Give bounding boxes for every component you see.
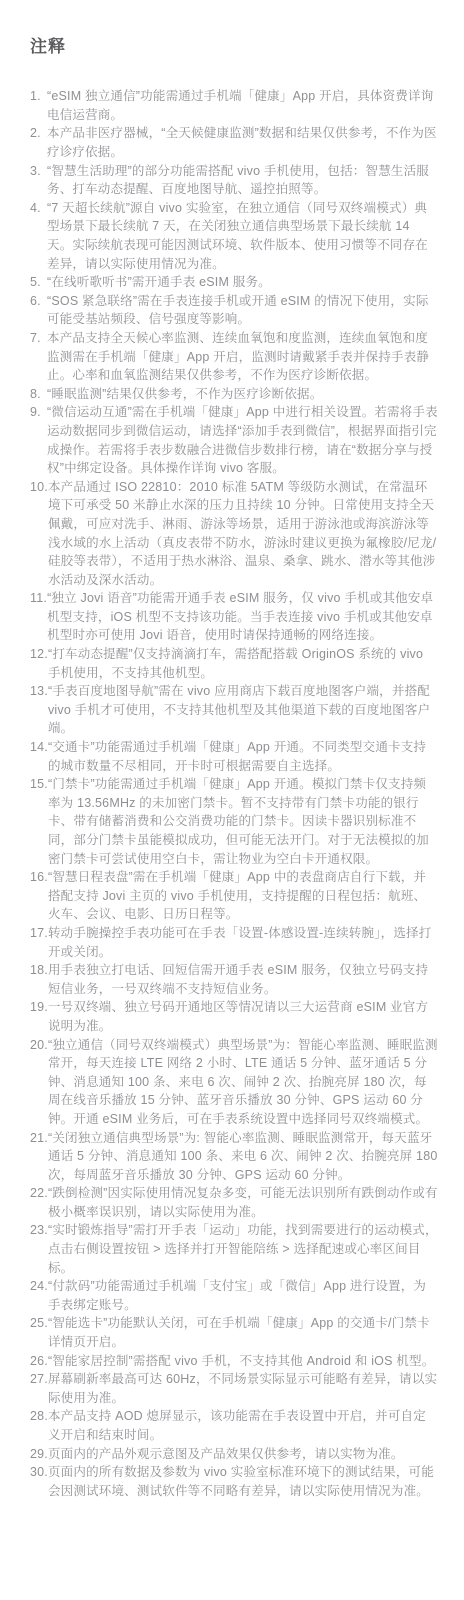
note-item: 24.“付款码”功能需通过手机端「支付宝」或「微信」App 进行设置，为手表绑定… [30, 1277, 438, 1314]
note-number: 17. [30, 924, 48, 943]
note-number: 12. [30, 645, 48, 664]
note-number: 19. [30, 998, 48, 1017]
note-item: 22.“跌倒检测”因实际使用情况复杂多变，可能无法识别所有跌倒动作或有极小概率误… [30, 1184, 438, 1221]
note-item: 17.转动手腕操控手表功能可在手表「设置-体感设置-连续转腕」，选择打开或关闭。 [30, 924, 438, 961]
note-item: 8.“睡眠监测”结果仅供参考，不作为医疗诊断依据。 [30, 385, 438, 404]
note-text: 页面内的产品外观示意图及产品效果仅供参考，请以实物为准。 [48, 1445, 438, 1464]
note-number: 15. [30, 775, 48, 794]
note-item: 29.页面内的产品外观示意图及产品效果仅供参考，请以实物为准。 [30, 1445, 438, 1464]
note-text: “独立通信（同号双终端模式）典型场景”为：智能心率监测、睡眠监测常开，每天连接 … [48, 1036, 438, 1129]
note-text: 一号双终端、独立号码开通地区等情况请以三大运营商 eSIM 业官方说明为准。 [48, 998, 438, 1035]
note-item: 13.“手表百度地图导航”需在 vivo 应用商店下载百度地图客户端，并搭配 v… [30, 682, 438, 738]
note-text: 本产品非医疗器械，“全天候健康监测”数据和结果仅供参考，不作为医疗诊疗依据。 [47, 124, 438, 161]
note-text: 屏幕刷新率最高可达 60Hz，不同场景实际显示可能略有差异，请以实际使用为准。 [48, 1370, 438, 1407]
note-number: 18. [30, 961, 48, 980]
note-item: 14.“交通卡”功能需通过手机端「健康」App 开通。不同类型交通卡支持的城市数… [30, 738, 438, 775]
note-item: 21.“关闭独立通信典型场景”为: 智能心率监测、睡眠监测常开，每天蓝牙通话 5… [30, 1129, 438, 1185]
note-number: 10. [30, 478, 48, 497]
note-number: 29. [30, 1445, 48, 1464]
note-text: “微信运动互通”需在手机端「健康」App 中进行相关设置。若需将手表运动数据同步… [47, 403, 438, 477]
note-item: 11.“独立 Jovi 语音”功能需开通手表 eSIM 服务，仅 vivo 手机… [30, 589, 438, 645]
note-text: “eSIM 独立通信”功能需通过手机端「健康」App 开启，具体资费详询电信运营… [47, 87, 438, 124]
note-number: 13. [30, 682, 48, 701]
note-number: 7. [30, 329, 47, 348]
note-text: “关闭独立通信典型场景”为: 智能心率监测、睡眠监测常开，每天蓝牙通话 5 分钟… [48, 1129, 438, 1185]
note-item: 6.“SOS 紧急联络”需在手表连接手机或开通 eSIM 的情况下使用，实际可能… [30, 292, 438, 329]
note-text: “跌倒检测”因实际使用情况复杂多变，可能无法识别所有跌倒动作或有极小概率误识别，… [48, 1184, 438, 1221]
note-number: 28. [30, 1407, 48, 1426]
note-item: 28.本产品支持 AOD 熄屏显示，该功能需在手表设置中开启，并可自定义开启和结… [30, 1407, 438, 1444]
note-number: 4. [30, 199, 47, 218]
note-text: “SOS 紧急联络”需在手表连接手机或开通 eSIM 的情况下使用，实际可能受基… [47, 292, 438, 329]
note-item: 30.页面内的所有数据及参数为 vivo 实验室标准环境下的测试结果，可能会因测… [30, 1463, 438, 1500]
note-item: 1.“eSIM 独立通信”功能需通过手机端「健康」App 开启，具体资费详询电信… [30, 87, 438, 124]
note-number: 14. [30, 738, 48, 757]
note-text: 本产品支持 AOD 熄屏显示，该功能需在手表设置中开启，并可自定义开启和结束时间… [48, 1407, 438, 1444]
note-text: “智能家居控制”需搭配 vivo 手机，不支持其他 Android 和 iOS … [48, 1352, 438, 1371]
page-title: 注释 [30, 36, 438, 57]
note-item: 26.“智能家居控制”需搭配 vivo 手机，不支持其他 Android 和 i… [30, 1352, 438, 1371]
note-text: 用手表独立打电话、回短信需开通手表 eSIM 服务，仅独立号码支持短信业务，一号… [48, 961, 438, 998]
note-number: 23. [30, 1221, 48, 1240]
note-item: 12.“打车动态提醒”仅支持滴滴打车，需搭配搭载 OriginOS 系统的 vi… [30, 645, 438, 682]
note-text: “智能选卡”功能默认关闭，可在手机端「健康」App 的交通卡/门禁卡详情页开启。 [48, 1314, 438, 1351]
note-item: 19.一号双终端、独立号码开通地区等情况请以三大运营商 eSIM 业官方说明为准… [30, 998, 438, 1035]
note-number: 20. [30, 1036, 48, 1055]
note-item: 27.屏幕刷新率最高可达 60Hz，不同场景实际显示可能略有差异，请以实际使用为… [30, 1370, 438, 1407]
note-text: “智慧生活助理”的部分功能需搭配 vivo 手机使用，包括：智慧生活服务、打车动… [47, 162, 438, 199]
notes-list: 1.“eSIM 独立通信”功能需通过手机端「健康」App 开启，具体资费详询电信… [30, 87, 438, 1500]
note-number: 9. [30, 403, 47, 422]
note-item: 23.“实时锻炼指导”需打开手表「运动」功能，找到需要进行的运动模式，点击右侧设… [30, 1221, 438, 1277]
note-text: “打车动态提醒”仅支持滴滴打车，需搭配搭载 OriginOS 系统的 vivo … [48, 645, 438, 682]
note-text: “交通卡”功能需通过手机端「健康」App 开通。不同类型交通卡支持的城市数量不尽… [48, 738, 438, 775]
note-number: 25. [30, 1314, 48, 1333]
note-text: “门禁卡”功能需通过手机端「健康」App 开通。模拟门禁卡仅支持频率为 13.5… [48, 775, 438, 868]
note-text: “在线听歌听书”需开通手表 eSIM 服务。 [47, 273, 438, 292]
note-text: “实时锻炼指导”需打开手表「运动」功能，找到需要进行的运动模式，点击右侧设置按钮… [48, 1221, 438, 1277]
note-text: “手表百度地图导航”需在 vivo 应用商店下载百度地图客户端，并搭配 vivo… [48, 682, 438, 738]
note-text: 本产品通过 ISO 22810：2010 标准 5ATM 等级防水测试，在常温环… [48, 478, 438, 590]
note-item: 25.“智能选卡”功能默认关闭，可在手机端「健康」App 的交通卡/门禁卡详情页… [30, 1314, 438, 1351]
note-number: 21. [30, 1129, 48, 1148]
note-text: “睡眠监测”结果仅供参考，不作为医疗诊断依据。 [47, 385, 438, 404]
note-item: 9.“微信运动互通”需在手机端「健康」App 中进行相关设置。若需将手表运动数据… [30, 403, 438, 477]
note-text: “智慧日程表盘”需在手机端「健康」App 中的表盘商店自行下载，并搭配支持 Jo… [48, 868, 438, 924]
note-text: “付款码”功能需通过手机端「支付宝」或「微信」App 进行设置，为手表绑定账号。 [48, 1277, 438, 1314]
note-item: 3.“智慧生活助理”的部分功能需搭配 vivo 手机使用，包括：智慧生活服务、打… [30, 162, 438, 199]
note-number: 1. [30, 87, 47, 106]
note-text: “独立 Jovi 语音”功能需开通手表 eSIM 服务，仅 vivo 手机或其他… [47, 589, 438, 645]
note-item: 5.“在线听歌听书”需开通手表 eSIM 服务。 [30, 273, 438, 292]
note-text: 本产品支持全天候心率监测、连续血氧饱和度监测，连续血氧饱和度监测需在手机端「健康… [47, 329, 438, 385]
note-item: 2.本产品非医疗器械，“全天候健康监测”数据和结果仅供参考，不作为医疗诊疗依据。 [30, 124, 438, 161]
note-text: “7 天超长续航”源自 vivo 实验室，在独立通信（同号双终端模式）典型场景下… [47, 199, 438, 273]
note-item: 10.本产品通过 ISO 22810：2010 标准 5ATM 等级防水测试，在… [30, 478, 438, 590]
note-item: 7.本产品支持全天候心率监测、连续血氧饱和度监测，连续血氧饱和度监测需在手机端「… [30, 329, 438, 385]
note-item: 15.“门禁卡”功能需通过手机端「健康」App 开通。模拟门禁卡仅支持频率为 1… [30, 775, 438, 868]
note-number: 30. [30, 1463, 48, 1482]
note-number: 26. [30, 1352, 48, 1371]
note-number: 5. [30, 273, 47, 292]
notes-section: 注释 1.“eSIM 独立通信”功能需通过手机端「健康」App 开启，具体资费详… [0, 0, 464, 1540]
note-item: 16.“智慧日程表盘”需在手机端「健康」App 中的表盘商店自行下载，并搭配支持… [30, 868, 438, 924]
note-number: 2. [30, 124, 47, 143]
note-number: 6. [30, 292, 47, 311]
note-text: 转动手腕操控手表功能可在手表「设置-体感设置-连续转腕」，选择打开或关闭。 [48, 924, 438, 961]
note-number: 22. [30, 1184, 48, 1203]
note-number: 16. [30, 868, 48, 887]
note-item: 4.“7 天超长续航”源自 vivo 实验室，在独立通信（同号双终端模式）典型场… [30, 199, 438, 273]
note-item: 18.用手表独立打电话、回短信需开通手表 eSIM 服务，仅独立号码支持短信业务… [30, 961, 438, 998]
note-number: 24. [30, 1277, 48, 1296]
note-text: 页面内的所有数据及参数为 vivo 实验室标准环境下的测试结果，可能会因测试环境… [48, 1463, 438, 1500]
note-number: 8. [30, 385, 47, 404]
note-number: 3. [30, 162, 47, 181]
note-number: 27. [30, 1370, 48, 1389]
note-number: 11. [30, 589, 47, 608]
note-item: 20.“独立通信（同号双终端模式）典型场景”为：智能心率监测、睡眠监测常开，每天… [30, 1036, 438, 1129]
